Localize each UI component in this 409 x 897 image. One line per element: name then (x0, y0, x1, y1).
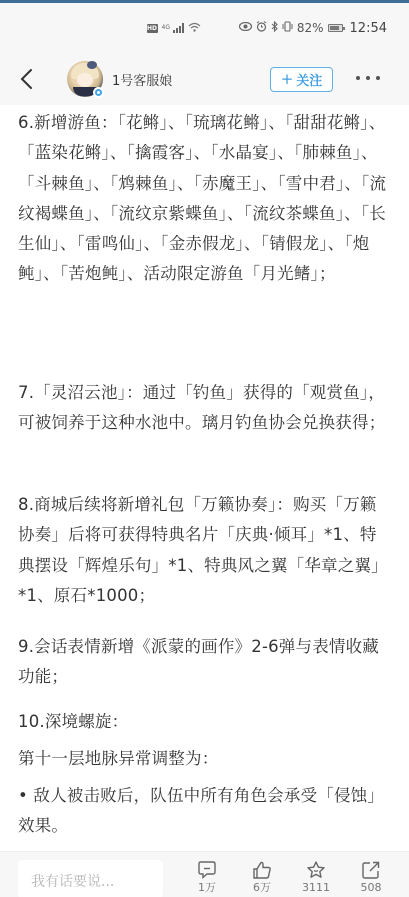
follow-label: 关注 (296, 70, 322, 89)
device-status: 82% 12:54 (239, 21, 387, 36)
more-dot-icon (376, 76, 380, 80)
paragraph-erosion-bullet: • 敌人被击败后，队伍中所有角色会承受「侵蚀」效果。 (18, 781, 393, 842)
status-bar: HD 4G 82% 12:54 (0, 3, 409, 53)
like-button[interactable]: 6万 (242, 860, 282, 894)
alarm-icon (256, 21, 267, 35)
back-button[interactable] (18, 67, 38, 91)
more-dot-icon (356, 76, 360, 80)
paragraph-spiral-abyss: 10.深境螺旋： (18, 707, 128, 737)
like-count: 6万 (253, 882, 271, 894)
wifi-icon (188, 22, 201, 35)
bluetooth-icon (271, 21, 278, 35)
comment-count: 1万 (198, 882, 216, 894)
vibrate-icon (282, 21, 293, 35)
network-status: HD 4G (147, 22, 201, 35)
paragraph-cloud-pool: 7.「灵沼云池」：通过「钓鱼」获得的「观赏鱼」，可被饲养于这种水池中。璃月钓鱼协… (18, 378, 393, 439)
eye-icon (239, 22, 252, 34)
more-dot-icon (366, 76, 370, 80)
more-options-button[interactable] (356, 70, 380, 86)
battery-icon (328, 24, 343, 32)
follow-button[interactable]: + 关注 (270, 67, 333, 92)
article-body: 6.新增游鱼：「花鳉」、「琉璃花鳉」、「甜甜花鳉」、「蓝染花鳉」、「擒霞客」、「… (18, 108, 393, 290)
verified-badge-icon (93, 87, 104, 98)
clock: 12:54 (350, 21, 387, 36)
comment-icon (197, 860, 217, 880)
favorite-button[interactable]: 3111 (296, 860, 336, 894)
battery-percent: 82% (297, 21, 324, 35)
chevron-left-icon (18, 67, 38, 91)
signal-label: 4G (162, 24, 170, 31)
signal-icon: 4G (162, 22, 184, 34)
paragraph-shop-bundle: 8.商城后续将新增礼包「万籁协奏」：购买「万籁协奏」后将可获得特典名片「庆典·倾… (18, 490, 393, 611)
comment-input[interactable]: 我有话要说... (18, 860, 163, 897)
paragraph-new-fish: 6.新增游鱼：「花鳉」、「琉璃花鳉」、「甜甜花鳉」、「蓝染花鳉」、「擒霞客」、「… (18, 108, 393, 290)
author-name[interactable]: 1号客服娘 (112, 70, 172, 89)
post-header: 1号客服娘 + 关注 (0, 53, 409, 105)
share-icon (361, 860, 381, 880)
hd-icon: HD (147, 24, 158, 33)
author-avatar[interactable] (67, 61, 103, 97)
comment-button[interactable]: 1万 (187, 860, 227, 894)
share-button[interactable]: 508 (351, 860, 391, 894)
paragraph-floor-11: 第十一层地脉异常调整为： (18, 744, 218, 774)
star-icon (306, 860, 326, 880)
thumbs-up-icon (252, 860, 272, 880)
favorite-count: 3111 (302, 882, 330, 894)
plus-icon: + (281, 72, 294, 87)
bottom-action-bar: 我有话要说... 1万 6万 3111 508 (0, 851, 409, 897)
paragraph-emotes: 9.会话表情新增《派蒙的画作》2-6弹与表情收藏功能； (18, 632, 393, 693)
share-count: 508 (361, 882, 382, 894)
